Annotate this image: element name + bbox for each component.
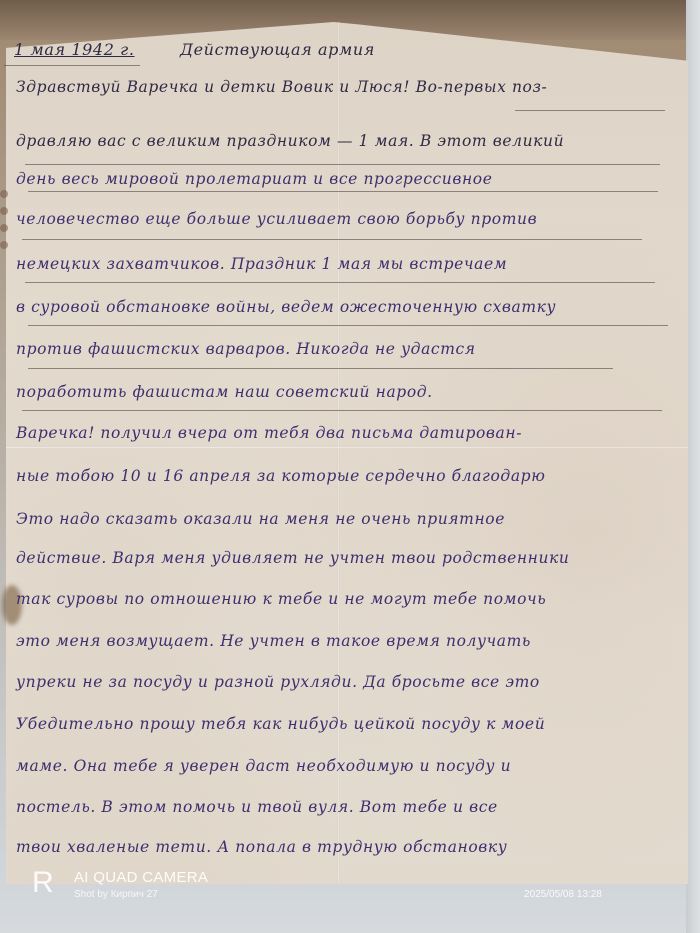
letter-line: поработить фашистам наш советский народ. (16, 383, 433, 401)
camera-shot-by: Shot by Кирпич 27 (74, 889, 158, 900)
letter-line: твои хваленые тети. А попала в трудную о… (16, 838, 507, 856)
camera-brand-logo-icon: R (32, 866, 54, 900)
letter-line: день весь мировой пролетариат и все прог… (16, 170, 493, 188)
ruled-line (28, 325, 668, 326)
ruled-line (25, 164, 660, 165)
letter-line: упреки не за посуду и разной рухляди. Да… (16, 673, 540, 691)
letter-line: в суровой обстановке войны, ведем ожесто… (16, 298, 556, 316)
letter-line: так суровы по отношению к тебе и не могу… (16, 590, 546, 608)
letter-line: дравляю вас с великим праздником — 1 мая… (16, 132, 564, 150)
letter-line: это меня возмущает. Не учтен в такое вре… (16, 632, 531, 650)
camera-timestamp: 2025/05/08 13:28 (524, 889, 602, 900)
ruled-line (28, 191, 658, 192)
ruled-line (25, 282, 655, 283)
ruled-line (515, 110, 665, 111)
letter-line: Здравствуй Варечка и детки Вовик и Люся!… (16, 78, 547, 96)
letter-line: постель. В этом помочь и твой вуля. Вот … (16, 798, 498, 816)
letter-line: действие. Варя меня удивляет не учтен тв… (16, 549, 570, 567)
letter-line: Варечка! получил вчера от тебя два письм… (16, 424, 522, 442)
letter-line: против фашистских варваров. Никогда не у… (16, 340, 476, 358)
letter-line: ные тобою 10 и 16 апреля за которые серд… (16, 467, 545, 485)
ruled-line (22, 410, 662, 411)
camera-title: AI QUAD CAMERA (74, 869, 208, 886)
letter-body: 1 мая 1942 г. Действующая армия Здравств… (0, 0, 700, 933)
ruled-line (28, 368, 613, 369)
ruled-line (4, 65, 140, 66)
letter-line: Это надо сказать оказали на меня не очен… (16, 510, 505, 528)
letter-line: Убедительно прошу тебя как нибудь цейкой… (16, 715, 545, 733)
letter-date: 1 мая 1942 г. (14, 40, 135, 59)
ruled-line (22, 239, 642, 240)
letter-line: человечество еще больше усиливает свою б… (16, 210, 537, 228)
letter-line: мамe. Она тебе я уверен даст необходимую… (16, 757, 511, 775)
letter-line: немецких захватчиков. Праздник 1 мая мы … (16, 255, 507, 273)
letter-place: Действующая армия (180, 40, 375, 59)
